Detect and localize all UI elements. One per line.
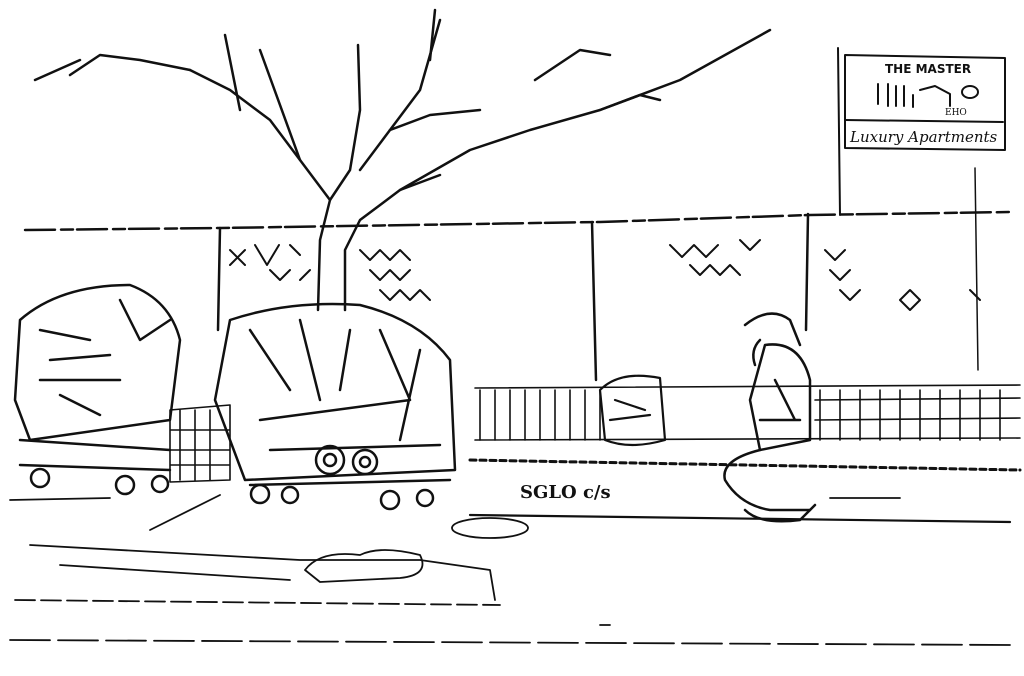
sign-small-text: EHO [945, 108, 967, 118]
left-shopping-cart [15, 285, 180, 494]
seated-person [724, 314, 815, 522]
middle-shopping-cart [215, 304, 455, 509]
sign-subtitle: Luxury Apartments [849, 128, 998, 146]
ground-label: SGLO c/s [520, 482, 611, 503]
belongings [600, 376, 665, 445]
wall [25, 168, 1010, 380]
street-sketch: THE MASTER Luxury Apartments EHO SGLO c/… [0, 0, 1024, 676]
wall-graffiti [230, 240, 980, 310]
fence [170, 385, 1020, 482]
sign-title: THE MASTER [885, 62, 971, 76]
bare-tree [35, 10, 770, 310]
sidewalk [10, 495, 1010, 645]
